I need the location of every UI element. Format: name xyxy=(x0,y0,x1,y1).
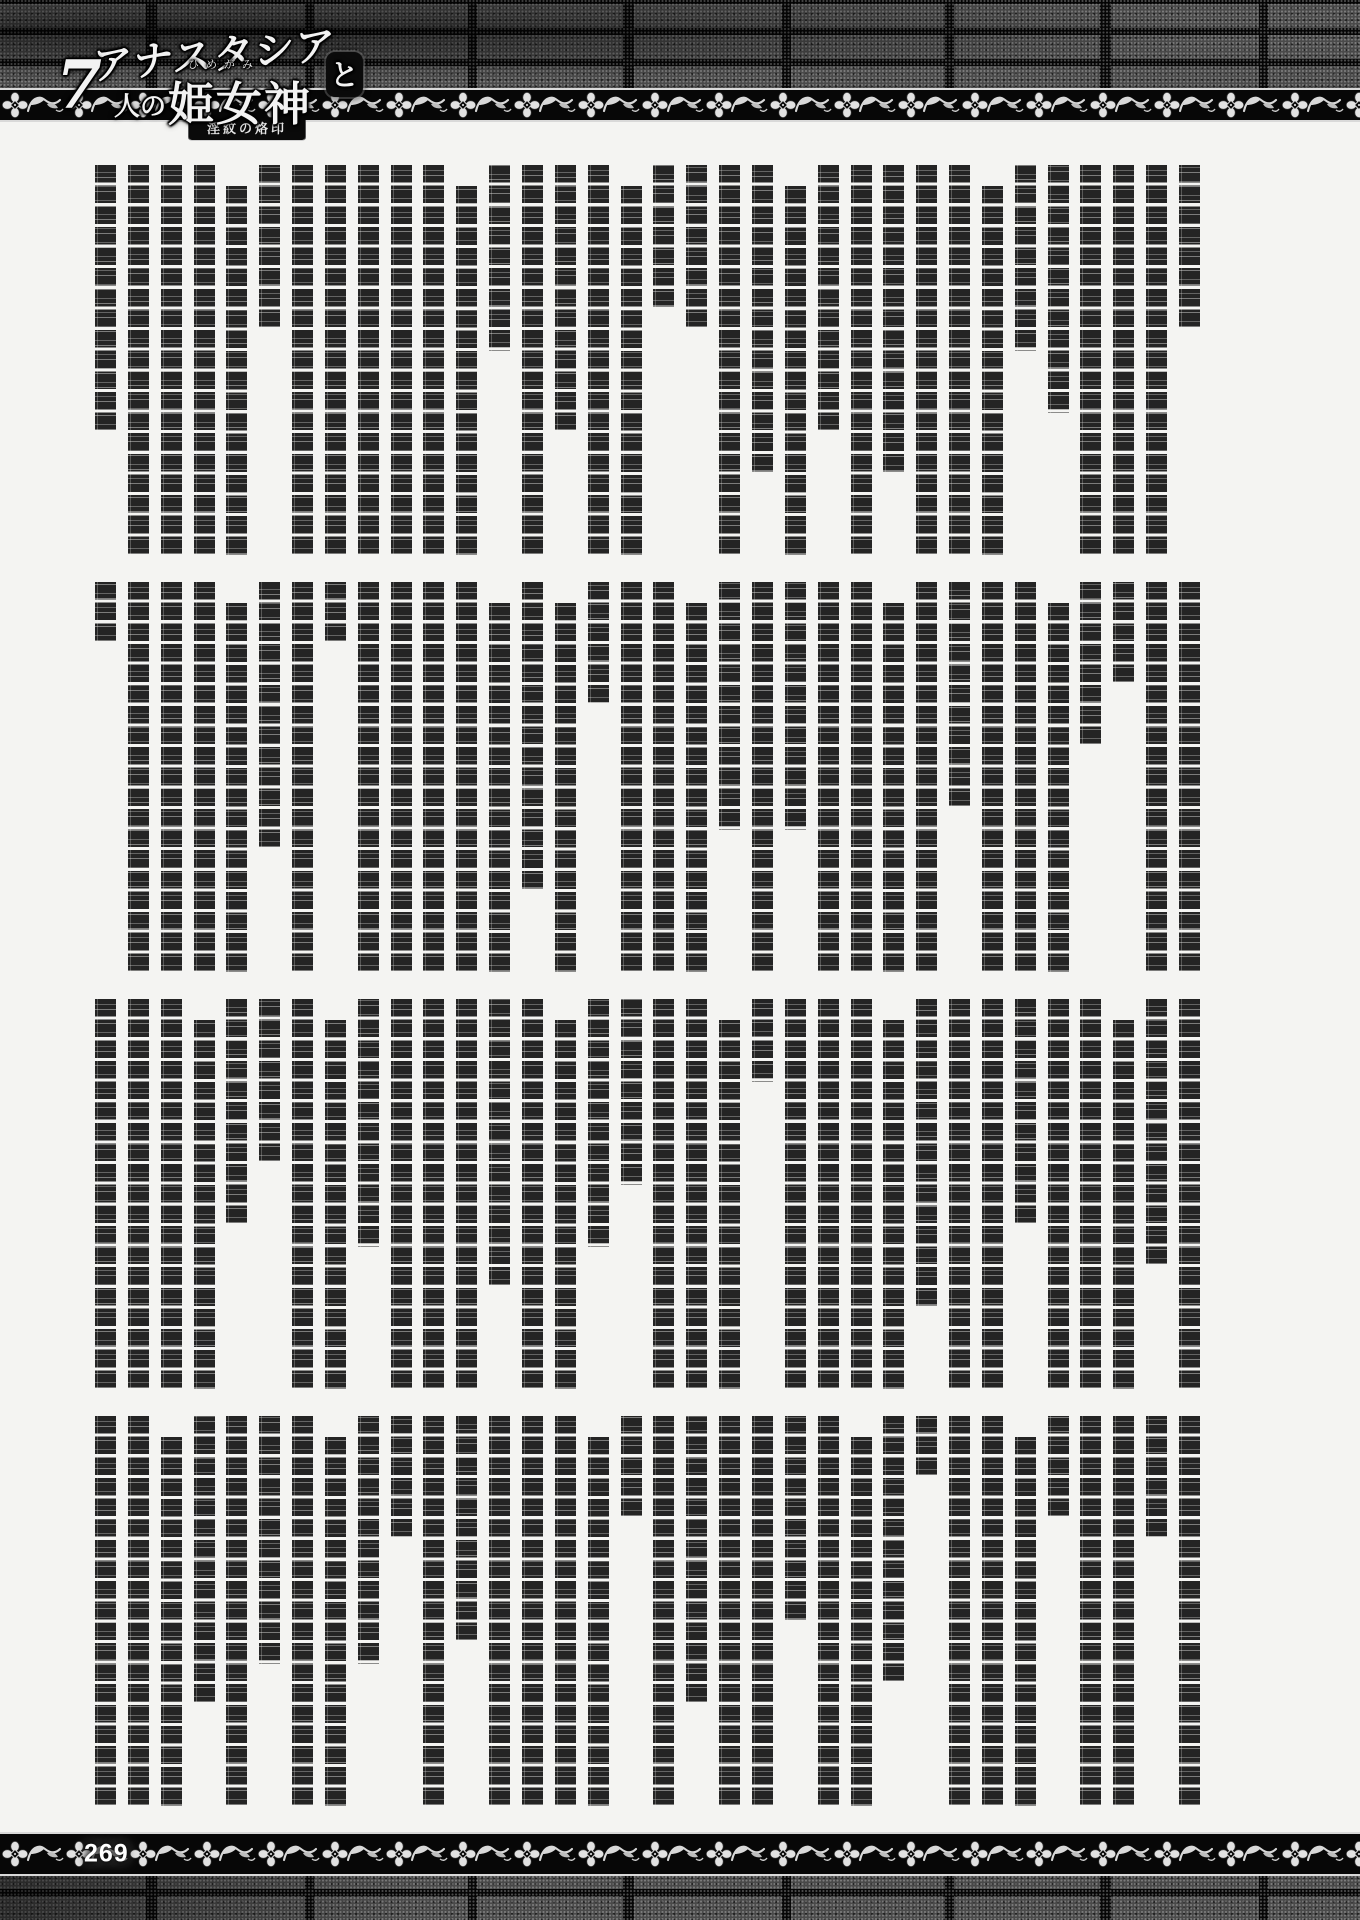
flower-vine-ornament-icon xyxy=(960,1841,1024,1867)
text-column-redacted xyxy=(194,165,215,557)
text-column-redacted xyxy=(982,1416,1003,1808)
flower-vine-ornament-icon xyxy=(320,1841,384,1867)
text-column-redacted xyxy=(489,1416,510,1808)
series-logo: アナスタシア と 7 人の ひめがみ 姫女神 xyxy=(52,8,382,148)
text-column-redacted xyxy=(423,582,444,974)
text-column-redacted xyxy=(851,1437,872,1808)
text-column-redacted xyxy=(883,165,904,474)
text-column-redacted xyxy=(292,999,313,1391)
text-column-redacted xyxy=(719,582,740,830)
text-column-redacted xyxy=(818,1416,839,1808)
text-column-redacted xyxy=(949,999,970,1391)
flower-vine-ornament-icon xyxy=(1216,1841,1280,1867)
text-column-redacted xyxy=(95,1416,116,1808)
footer-ornament-border: 269 xyxy=(0,1832,1360,1876)
text-column-redacted xyxy=(653,1416,674,1808)
flower-vine-ornament-icon xyxy=(1344,92,1360,118)
text-band-4 xyxy=(95,1416,1200,1808)
flower-vine-ornament-icon xyxy=(448,1841,512,1867)
text-column-redacted xyxy=(358,999,379,1247)
logo-number-7: 7 xyxy=(56,52,102,118)
text-column-redacted xyxy=(1015,165,1036,351)
text-column-redacted xyxy=(588,999,609,1247)
text-column-redacted xyxy=(1179,165,1200,330)
text-column-redacted xyxy=(325,1020,346,1391)
text-column-redacted xyxy=(916,582,937,974)
text-column-redacted xyxy=(785,1416,806,1622)
text-column-redacted xyxy=(161,1437,182,1808)
flower-vine-ornament-icon xyxy=(640,92,704,118)
text-column-redacted xyxy=(982,999,1003,1391)
text-column-redacted xyxy=(522,999,543,1391)
text-column-redacted xyxy=(456,186,477,557)
text-column-redacted xyxy=(325,1437,346,1808)
flower-vine-ornament-icon xyxy=(1216,92,1280,118)
text-column-redacted xyxy=(522,1416,543,1808)
text-column-redacted xyxy=(128,1416,149,1808)
text-column-redacted xyxy=(1179,1416,1200,1808)
text-column-redacted xyxy=(752,999,773,1082)
book-page: アナスタシア と 7 人の ひめがみ 姫女神 淫紋の烙印 xyxy=(0,0,1360,1920)
text-column-redacted xyxy=(1080,165,1101,557)
text-column-redacted xyxy=(161,165,182,557)
flower-vine-ornament-icon xyxy=(384,92,448,118)
text-column-redacted xyxy=(686,999,707,1391)
text-column-redacted xyxy=(1146,165,1167,557)
text-column-redacted xyxy=(949,582,970,809)
text-column-redacted xyxy=(423,1416,444,1808)
flower-vine-ornament-icon xyxy=(448,92,512,118)
text-column-redacted xyxy=(851,165,872,557)
text-column-redacted xyxy=(785,186,806,557)
flower-vine-ornament-icon xyxy=(768,92,832,118)
flower-vine-ornament-icon xyxy=(256,1841,320,1867)
text-column-redacted xyxy=(456,582,477,974)
text-column-redacted xyxy=(95,582,116,644)
text-column-redacted xyxy=(785,999,806,1391)
logo-main-text: 姫女神 xyxy=(168,68,312,134)
text-column-redacted xyxy=(1113,582,1134,685)
text-column-redacted xyxy=(522,165,543,557)
logo-mid-text: 人の xyxy=(114,86,166,123)
text-column-redacted xyxy=(1146,1416,1167,1540)
text-column-redacted xyxy=(719,165,740,557)
flower-vine-ornament-icon xyxy=(640,1841,704,1867)
text-column-redacted xyxy=(423,999,444,1391)
text-column-redacted xyxy=(1179,582,1200,974)
text-column-redacted xyxy=(128,999,149,1391)
text-column-redacted xyxy=(851,999,872,1391)
flower-vine-ornament-icon xyxy=(192,1841,256,1867)
page-number: 269 xyxy=(84,1840,129,1869)
text-column-redacted xyxy=(752,582,773,974)
text-column-redacted xyxy=(456,1416,477,1643)
text-column-redacted xyxy=(916,165,937,557)
text-column-redacted xyxy=(653,999,674,1391)
flower-vine-ornament-icon xyxy=(512,92,576,118)
flower-vine-ornament-icon xyxy=(896,92,960,118)
text-column-redacted xyxy=(456,999,477,1391)
text-column-redacted xyxy=(916,999,937,1308)
text-column-redacted xyxy=(1048,165,1069,413)
text-column-redacted xyxy=(194,1416,215,1705)
flower-vine-ornament-icon xyxy=(1088,1841,1152,1867)
text-column-redacted xyxy=(358,165,379,557)
text-column-redacted xyxy=(752,1416,773,1808)
text-column-redacted xyxy=(621,999,642,1185)
flower-vine-ornament-icon xyxy=(832,92,896,118)
text-column-redacted xyxy=(1080,1416,1101,1808)
text-column-redacted xyxy=(292,1416,313,1808)
flower-vine-ornament-icon xyxy=(1024,1841,1088,1867)
text-column-redacted xyxy=(851,582,872,974)
flower-vine-ornament-icon xyxy=(1024,92,1088,118)
flower-vine-ornament-icon xyxy=(768,1841,832,1867)
flower-vine-ornament-icon xyxy=(512,1841,576,1867)
text-column-redacted xyxy=(489,603,510,974)
text-column-redacted xyxy=(621,582,642,974)
text-column-redacted xyxy=(1015,999,1036,1226)
text-column-redacted xyxy=(883,1020,904,1391)
text-column-redacted xyxy=(1146,582,1167,974)
text-column-redacted xyxy=(226,1416,247,1808)
text-column-redacted xyxy=(752,165,773,474)
text-column-redacted xyxy=(194,1020,215,1391)
text-band-2 xyxy=(95,582,1200,974)
flower-vine-ornament-icon xyxy=(1280,92,1344,118)
text-column-redacted xyxy=(1048,603,1069,974)
text-column-redacted xyxy=(686,603,707,974)
text-column-redacted xyxy=(292,582,313,974)
text-column-redacted xyxy=(818,999,839,1391)
text-column-redacted xyxy=(621,1416,642,1519)
text-column-redacted xyxy=(588,165,609,557)
text-column-redacted xyxy=(194,582,215,974)
text-column-redacted xyxy=(621,186,642,557)
text-column-redacted xyxy=(1080,999,1101,1391)
text-column-redacted xyxy=(588,1437,609,1808)
text-column-redacted xyxy=(719,1020,740,1391)
flower-vine-ornament-icon xyxy=(384,1841,448,1867)
text-column-redacted xyxy=(292,165,313,557)
flower-vine-ornament-icon xyxy=(1152,1841,1216,1867)
flower-vine-ornament-icon xyxy=(1280,1841,1344,1867)
text-column-redacted xyxy=(95,999,116,1391)
text-column-redacted xyxy=(358,582,379,974)
text-column-redacted xyxy=(489,165,510,351)
logo-connector: と xyxy=(326,52,363,97)
text-column-redacted xyxy=(1048,1416,1069,1519)
text-column-redacted xyxy=(883,1416,904,1684)
text-column-redacted xyxy=(982,186,1003,557)
text-column-redacted xyxy=(391,999,412,1391)
text-column-redacted xyxy=(686,1416,707,1705)
text-column-redacted xyxy=(1179,999,1200,1391)
text-column-redacted xyxy=(391,165,412,557)
text-column-redacted xyxy=(226,186,247,557)
text-column-redacted xyxy=(555,165,576,433)
text-column-redacted xyxy=(259,1416,280,1664)
footer-shadow xyxy=(0,1876,1360,1920)
text-column-redacted xyxy=(161,582,182,974)
flower-vine-ornament-icon xyxy=(1344,1841,1360,1867)
text-column-redacted xyxy=(128,582,149,974)
text-column-redacted xyxy=(1048,999,1069,1391)
text-column-redacted xyxy=(226,603,247,974)
text-column-redacted xyxy=(1015,1437,1036,1808)
text-column-redacted xyxy=(555,1020,576,1391)
text-column-redacted xyxy=(128,165,149,557)
flower-vine-ornament-icon xyxy=(0,1841,64,1867)
text-band-1 xyxy=(95,165,1200,557)
text-column-redacted xyxy=(226,999,247,1226)
text-column-redacted xyxy=(259,582,280,850)
footer-ornament-row xyxy=(0,1834,1360,1874)
text-column-redacted xyxy=(653,165,674,309)
text-column-redacted xyxy=(555,1416,576,1808)
text-column-redacted xyxy=(883,603,904,974)
text-column-redacted xyxy=(653,582,674,974)
text-column-redacted xyxy=(686,165,707,330)
text-column-redacted xyxy=(949,165,970,557)
text-column-redacted xyxy=(785,582,806,830)
text-column-redacted xyxy=(818,582,839,974)
text-column-redacted xyxy=(161,999,182,1391)
flower-vine-ornament-icon xyxy=(960,92,1024,118)
flower-vine-ornament-icon xyxy=(1088,92,1152,118)
text-column-redacted xyxy=(916,1416,937,1478)
text-column-redacted xyxy=(1113,165,1134,557)
text-column-redacted xyxy=(1080,582,1101,747)
text-column-redacted xyxy=(1015,582,1036,974)
flower-vine-ornament-icon xyxy=(896,1841,960,1867)
text-column-redacted xyxy=(1113,1416,1134,1808)
footer-brick-wall xyxy=(0,1876,1360,1920)
flower-vine-ornament-icon xyxy=(128,1841,192,1867)
text-column-redacted xyxy=(1113,1020,1134,1391)
text-column-redacted xyxy=(391,582,412,974)
flower-vine-ornament-icon xyxy=(1152,92,1216,118)
text-column-redacted xyxy=(982,582,1003,974)
text-column-redacted xyxy=(95,165,116,433)
flower-vine-ornament-icon xyxy=(704,1841,768,1867)
text-column-redacted xyxy=(325,165,346,557)
text-column-redacted xyxy=(358,1416,379,1664)
flower-vine-ornament-icon xyxy=(576,92,640,118)
text-column-redacted xyxy=(1146,999,1167,1267)
text-column-redacted xyxy=(719,1416,740,1808)
text-column-redacted xyxy=(588,582,609,706)
text-band-3 xyxy=(95,999,1200,1391)
text-column-redacted xyxy=(555,603,576,974)
text-column-redacted xyxy=(423,165,444,557)
text-column-redacted xyxy=(391,1416,412,1540)
text-column-redacted xyxy=(489,999,510,1288)
flower-vine-ornament-icon xyxy=(832,1841,896,1867)
text-column-redacted xyxy=(949,1416,970,1808)
text-column-redacted xyxy=(325,582,346,644)
text-column-redacted xyxy=(522,582,543,891)
text-column-redacted xyxy=(259,999,280,1164)
flower-vine-ornament-icon xyxy=(704,92,768,118)
flower-vine-ornament-icon xyxy=(576,1841,640,1867)
text-column-redacted xyxy=(818,165,839,433)
text-column-redacted xyxy=(259,165,280,330)
